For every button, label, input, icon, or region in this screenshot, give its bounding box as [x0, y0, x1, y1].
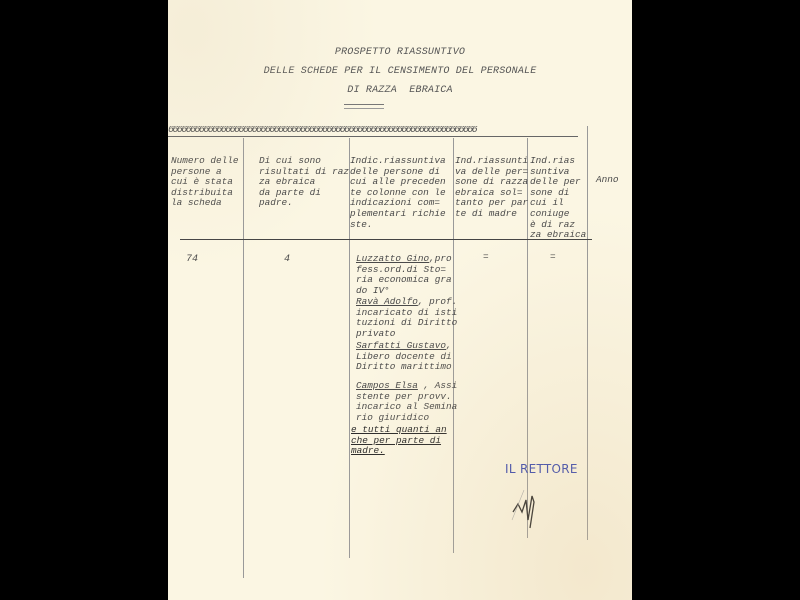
header-persons-list: Indic.riassuntiva delle persone di cui a… — [350, 156, 446, 230]
header-bottom-rule — [180, 239, 592, 240]
title-underline — [344, 104, 384, 109]
title-line-1: PROSPETTO RIASSUNTIVO — [168, 47, 632, 58]
table-top-border: 6666666666666666666666666666666666666666… — [168, 126, 578, 137]
rector-stamp: IL RETTORE — [505, 462, 578, 476]
signature-icon — [508, 490, 548, 540]
header-spouse: Ind.rias suntiva delle per sone di cui i… — [530, 156, 586, 241]
person-name: Sarfatti Gustavo — [356, 340, 446, 351]
value-spouse: = — [550, 252, 556, 263]
column-divider-3 — [453, 138, 454, 553]
header-total-persons: Numero delle persone a cui è stata distr… — [171, 156, 239, 209]
column-divider-1 — [243, 138, 244, 578]
person-entry-3: Sarfatti Gustavo, Libero docente di Diri… — [356, 341, 452, 373]
header-year: Anno — [596, 175, 619, 186]
value-mother-side: = — [483, 252, 489, 263]
column-divider-5 — [587, 126, 588, 540]
value-total-persons: 74 — [186, 255, 198, 266]
person-entry-1: Luzzatto Gino,pro fess.ord.di Sto= ria e… — [356, 254, 452, 296]
person-entry-4: Campos Elsa , Assi stente per provv. inc… — [356, 381, 457, 423]
person-name: Campos Elsa — [356, 380, 418, 391]
person-name: Luzzatto Gino — [356, 253, 429, 264]
person-entry-2: Ravà Adolfo, prof. incaricato di isti tu… — [356, 297, 457, 339]
title-line-3: DI RAZZA EBRAICA — [168, 85, 632, 96]
title-line-2: DELLE SCHEDE PER IL CENSIMENTO DEL PERSO… — [168, 66, 632, 77]
person-name: Ravà Adolfo — [356, 296, 418, 307]
value-father-side: 4 — [284, 255, 290, 266]
persons-note: e tutti quanti an che per parte di madre… — [351, 425, 447, 457]
header-mother-side: Ind.riassunti va delle per= sone di razz… — [455, 156, 528, 220]
header-father-side: Di cui sono risultati di raz za ebraica … — [259, 156, 349, 209]
document-page: PROSPETTO RIASSUNTIVO DELLE SCHEDE PER I… — [168, 0, 632, 600]
